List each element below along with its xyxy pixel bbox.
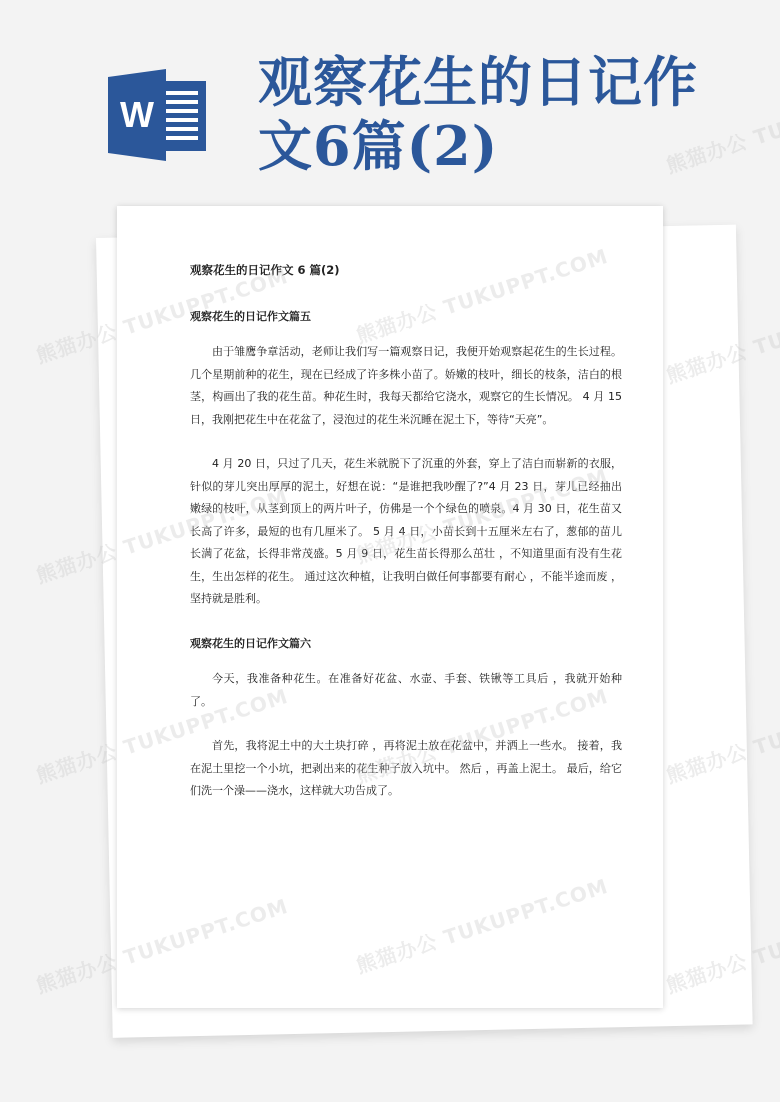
word-document-icon: W (108, 69, 208, 161)
document-title: 观察花生的日记作文 6 篇(2) (190, 259, 622, 282)
paragraph: 首先，我将泥土中的大土块打碎 ，再将泥土放在花盆中，并洒上一些水。 接着，我在泥… (190, 735, 622, 803)
section-heading: 观察花生的日记作文篇六 (190, 633, 622, 656)
document-content: 观察花生的日记作文 6 篇(2) 观察花生的日记作文篇五 由于雏鹰争章活动，老师… (190, 259, 622, 825)
document-page: 观察花生的日记作文 6 篇(2) 观察花生的日记作文篇五 由于雏鹰争章活动，老师… (117, 206, 663, 1008)
section-heading: 观察花生的日记作文篇五 (190, 306, 622, 329)
paragraph: 4 月 20 日，只过了几天，花生米就脱下了沉重的外套，穿上了洁白而崭新的衣服，… (190, 453, 622, 611)
paragraph: 由于雏鹰争章活动，老师让我们写一篇观察日记，我便开始观察起花生的生长过程。几个星… (190, 341, 622, 431)
svg-text:W: W (120, 94, 154, 135)
page-title: 观察花生的日记作文6篇(2) (258, 50, 728, 178)
header: W 观察花生的日记作文6篇(2) (0, 0, 780, 200)
paragraph: 今天，我准备种花生。在准备好花盆、水壶、手套、铁锹等工具后 ，我就开始种了。 (190, 668, 622, 713)
